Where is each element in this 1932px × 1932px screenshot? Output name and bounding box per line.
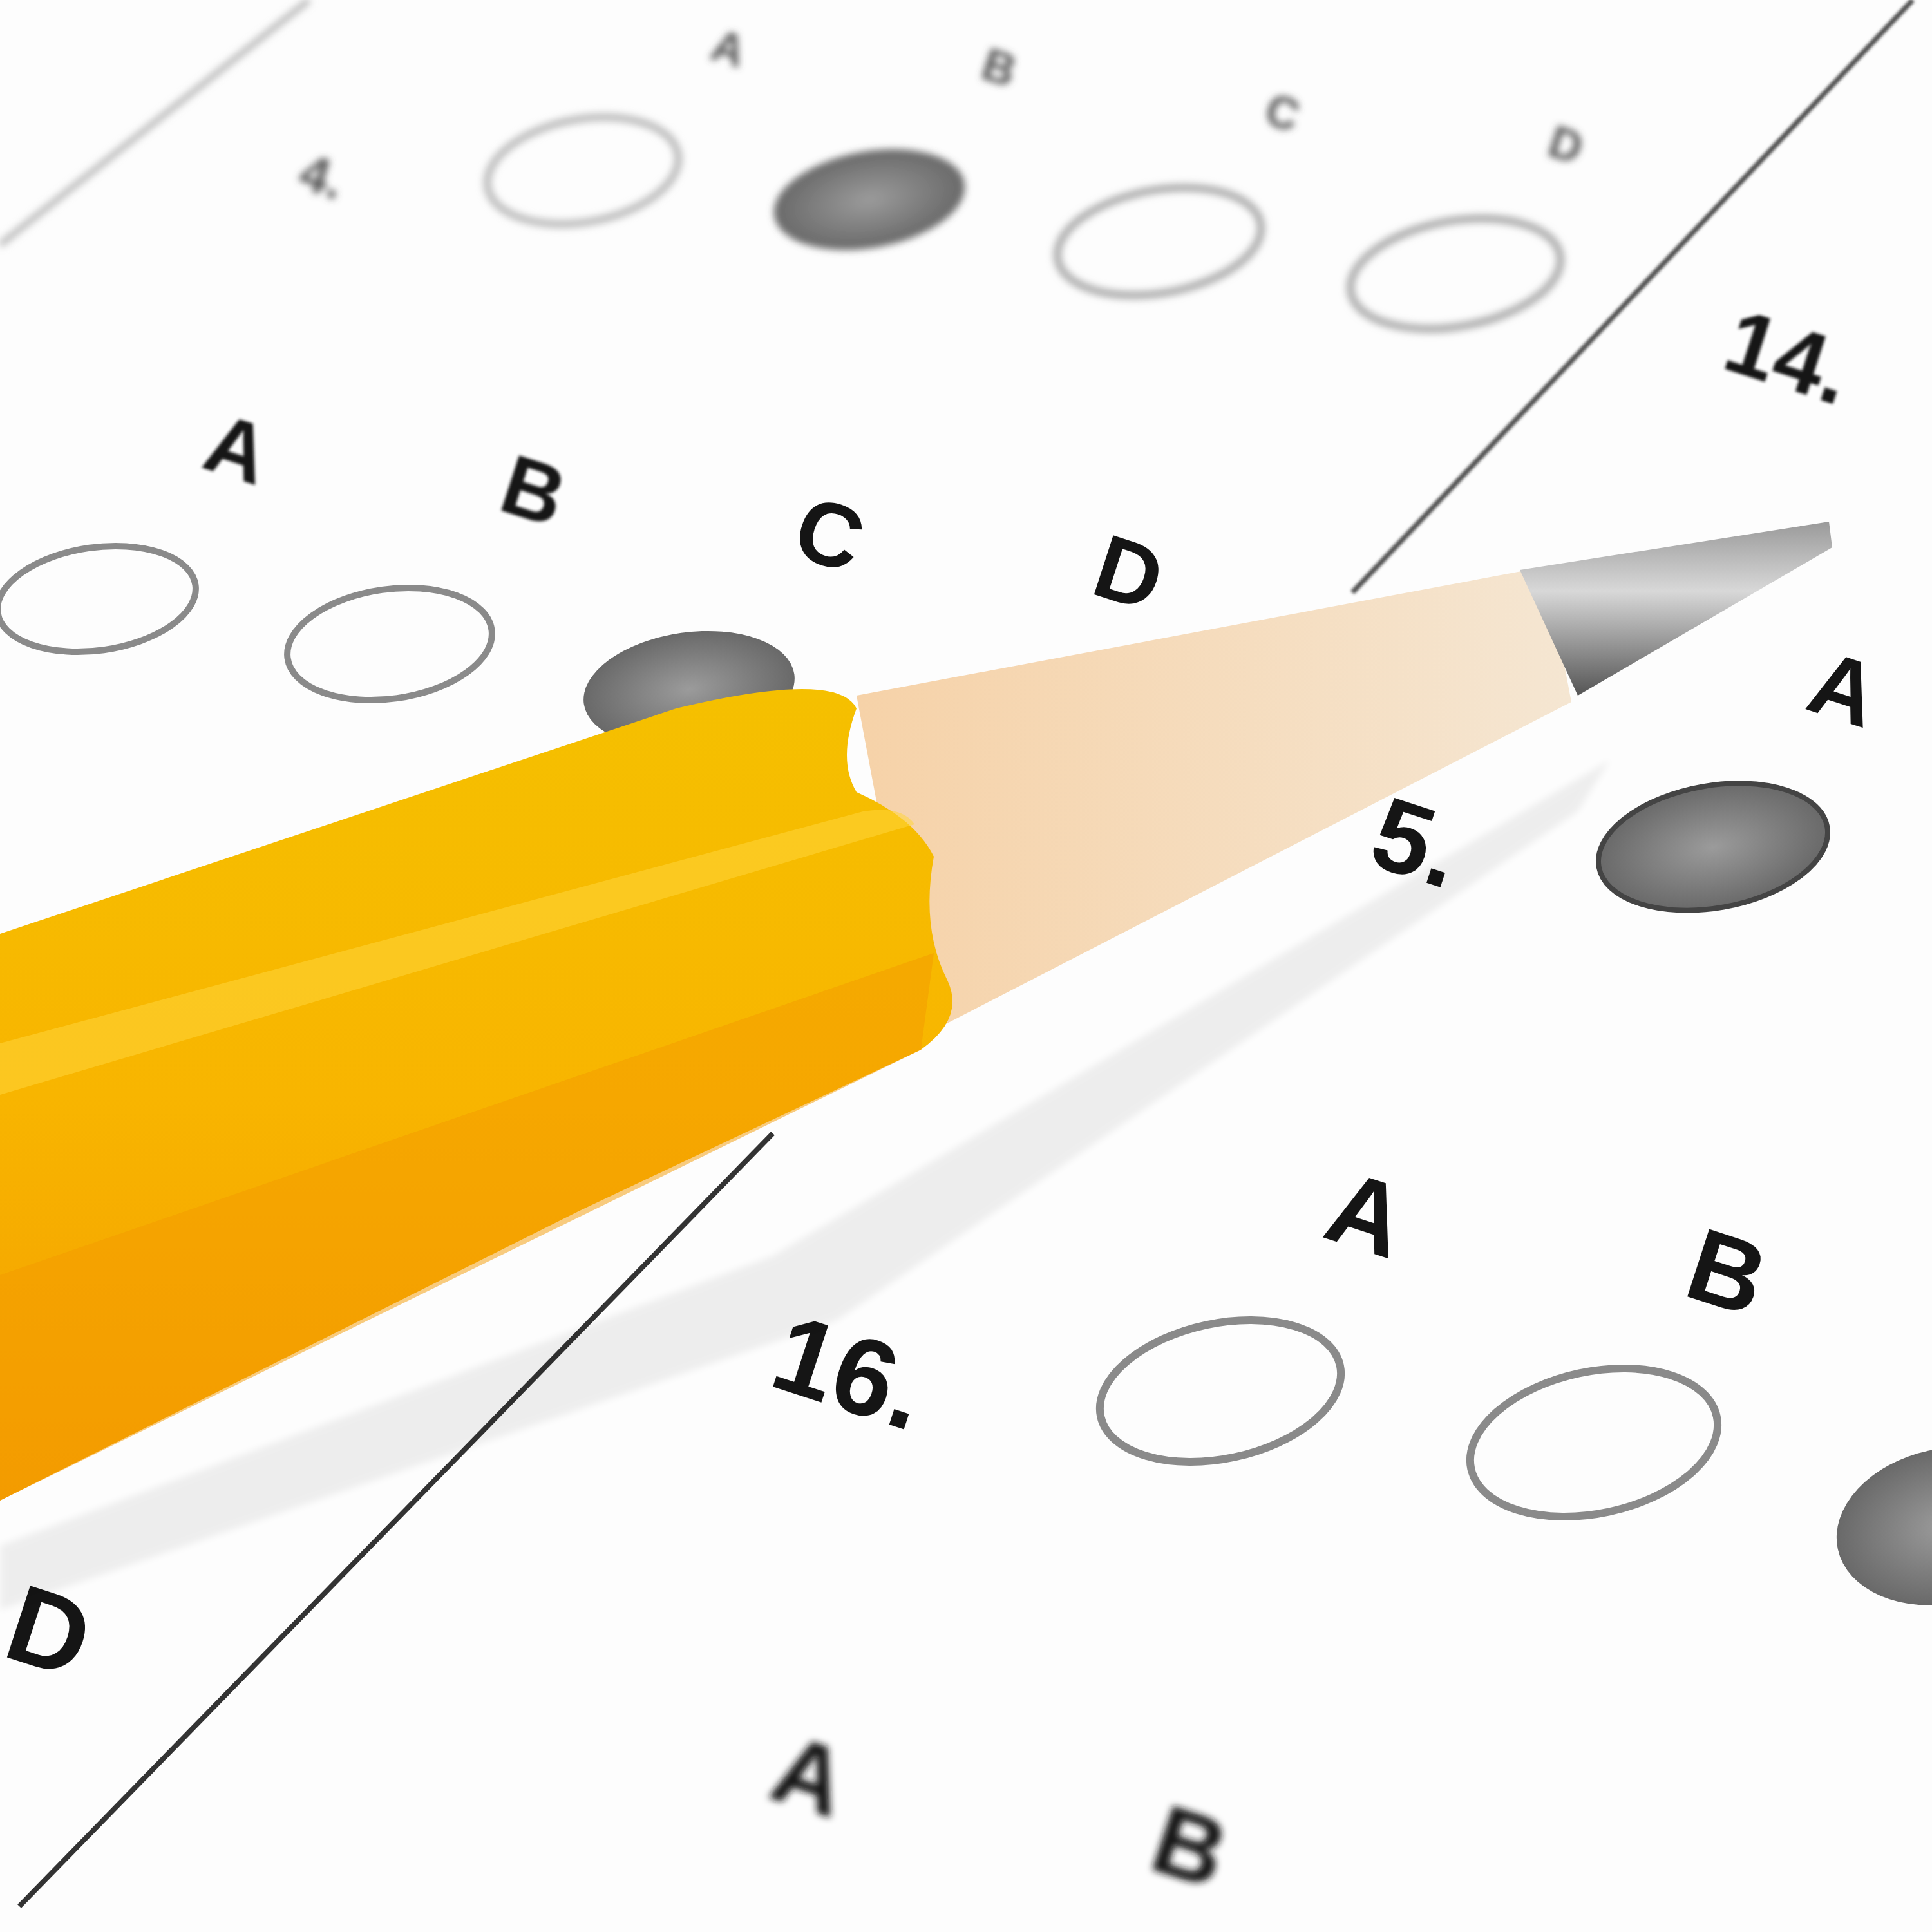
label-a: A	[1313, 1148, 1419, 1280]
bottom-row: A B	[760, 1714, 1240, 1909]
label-a: A	[194, 395, 280, 503]
top-blurred-rows: A B C D 4.	[293, 19, 1589, 344]
top-row-label-b: B	[976, 39, 1022, 97]
label-a: A	[760, 1714, 860, 1838]
label-b: B	[490, 437, 576, 545]
pencil-lead-tip	[1520, 522, 1832, 696]
bubble-filled[interactable]	[1822, 1428, 1932, 1624]
label-c: C	[783, 476, 876, 592]
bubble-empty[interactable]	[1086, 1300, 1354, 1482]
scene-illustration: A B C D 4. 14. A B C D A 5.	[0, 0, 1932, 1932]
label-b: B	[1140, 1785, 1240, 1909]
bubble-empty[interactable]	[1341, 204, 1569, 345]
bubble-empty[interactable]	[0, 534, 203, 664]
label-b: B	[1674, 1206, 1780, 1338]
bubble-empty[interactable]	[1456, 1347, 1731, 1538]
row-number-4: 4.	[293, 143, 352, 211]
label-a: A	[1797, 630, 1891, 747]
bubble-empty[interactable]	[478, 103, 687, 238]
top-row-label-d: D	[1542, 116, 1589, 174]
answer-sheet-photo: A B C D 4. 14. A B C D A 5.	[0, 0, 1932, 1932]
bubble-filled[interactable]	[1588, 766, 1838, 927]
bubble-empty[interactable]	[280, 576, 500, 713]
row-number-14: 14.	[1714, 289, 1864, 424]
top-row-label-a: A	[705, 19, 752, 77]
label-d: D	[1083, 515, 1176, 631]
top-row-label-c: C	[1259, 84, 1305, 142]
bubble-empty[interactable]	[1049, 173, 1270, 310]
bubble-filled[interactable]	[766, 135, 972, 264]
